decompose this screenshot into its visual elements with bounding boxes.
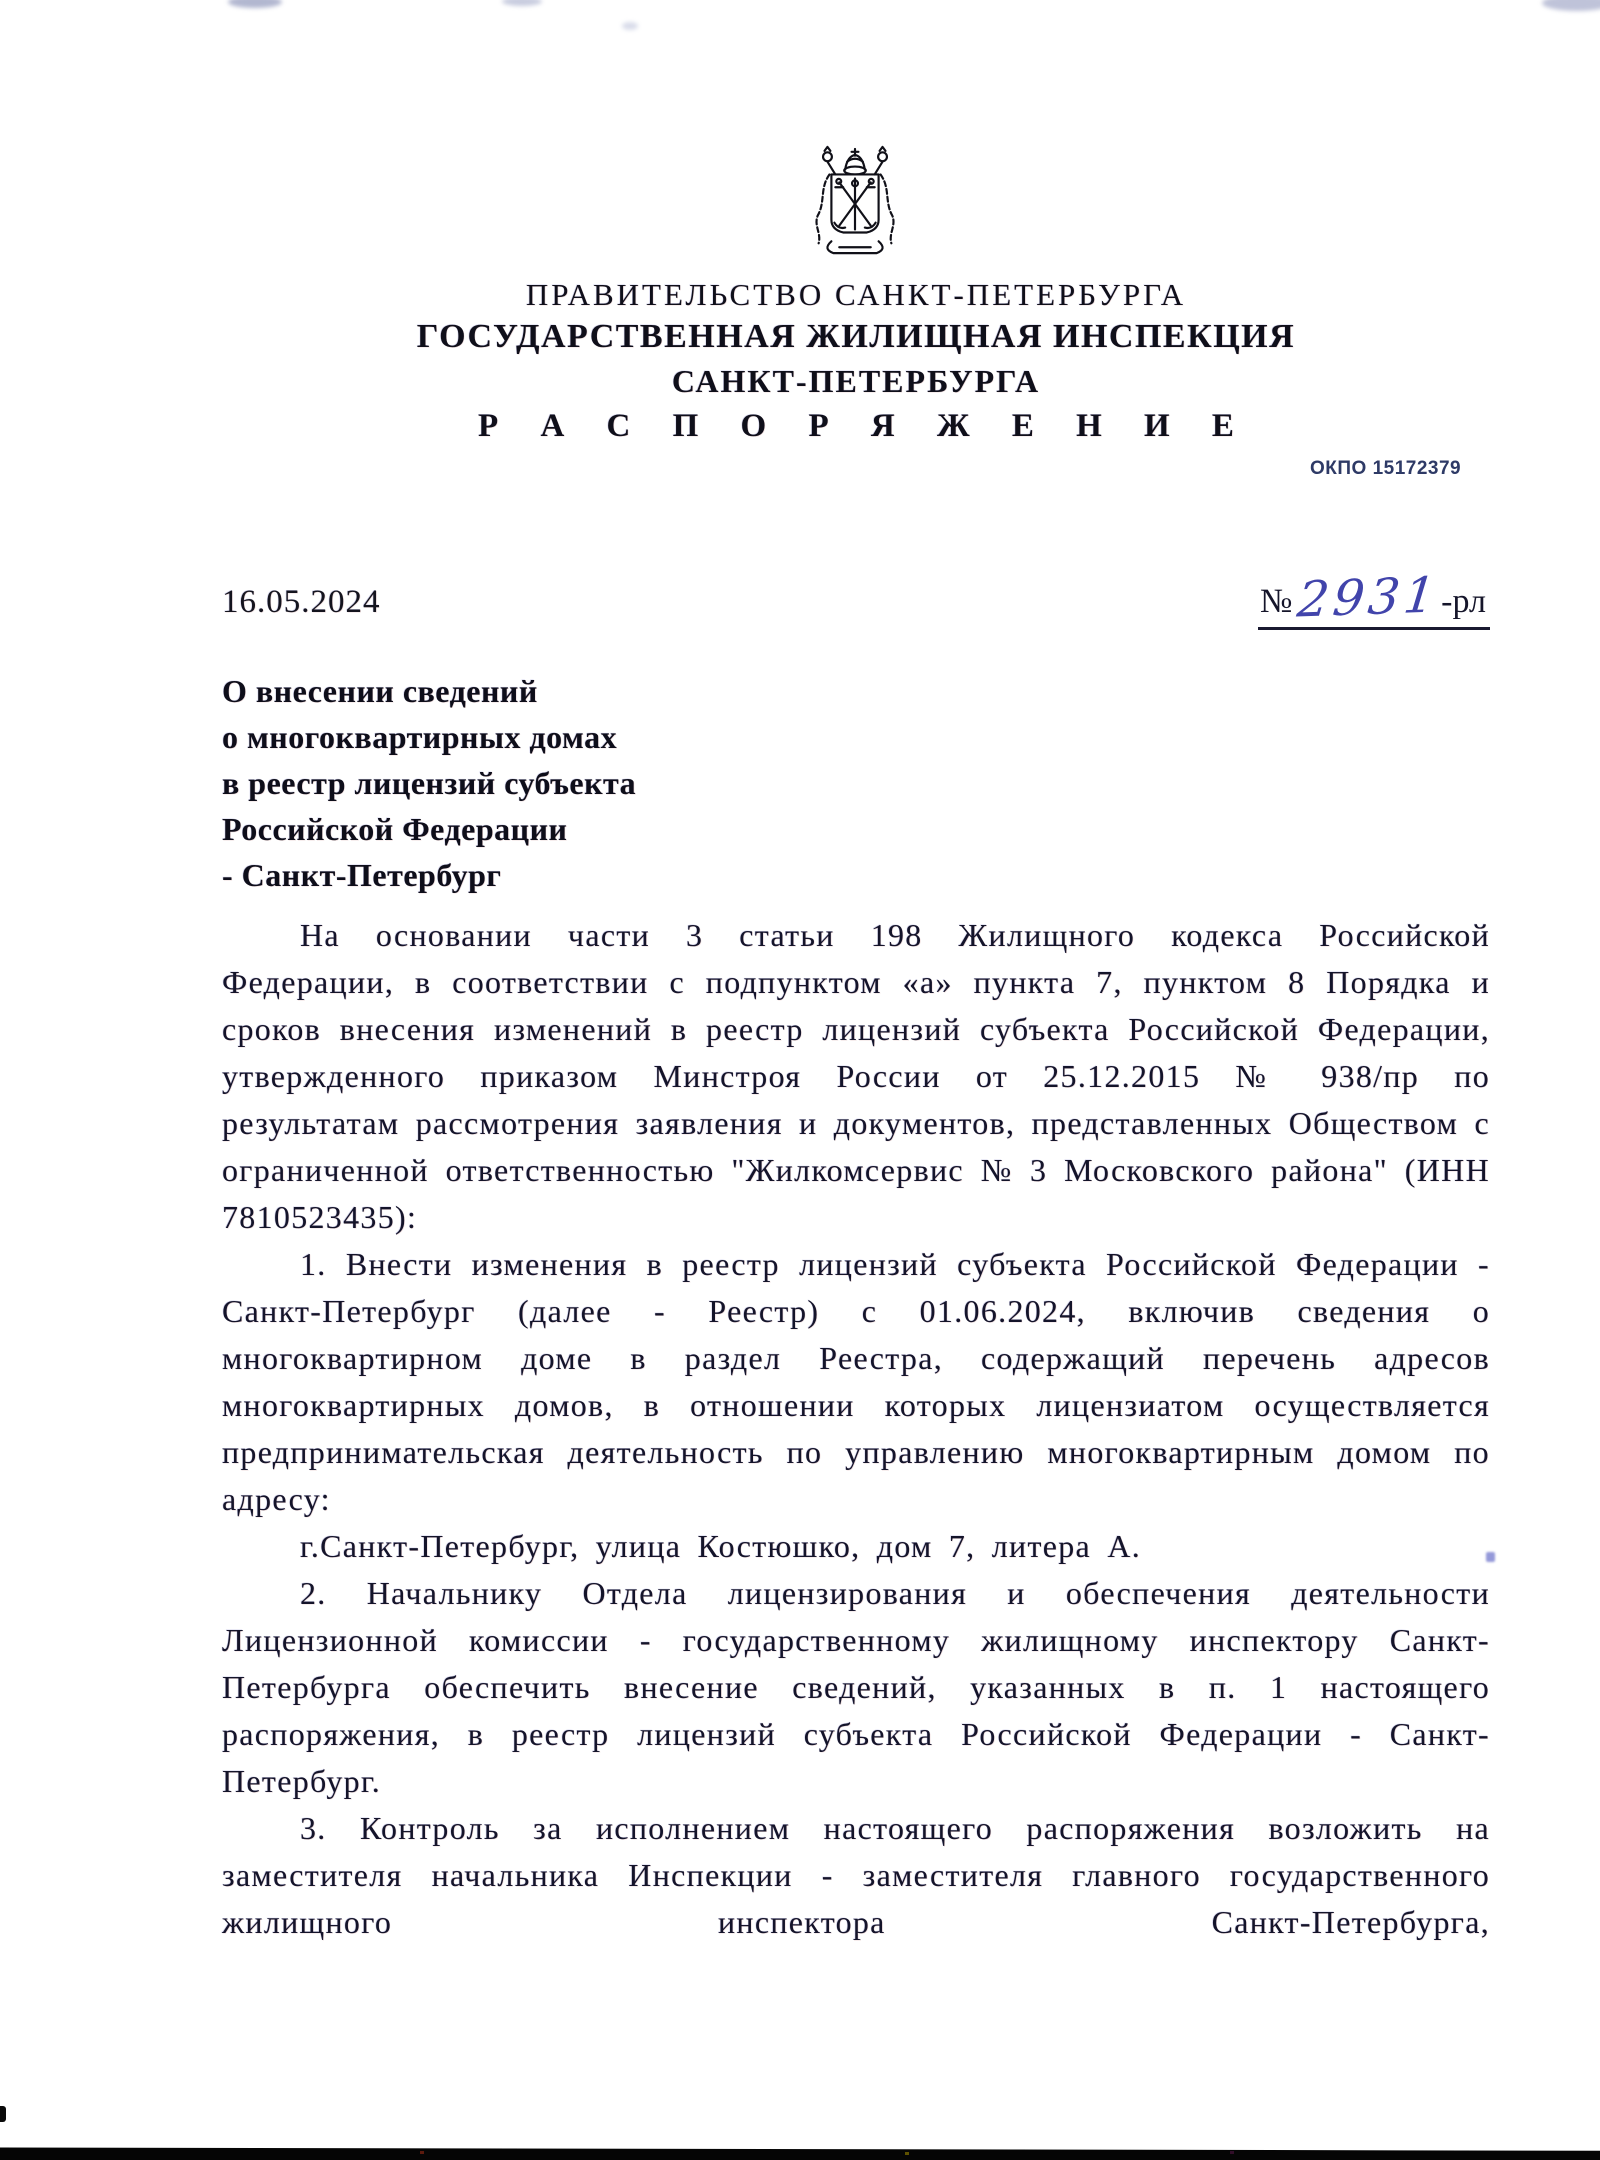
document-number: №2931-рл	[1258, 583, 1490, 630]
number-sign: №	[1260, 583, 1292, 620]
subject-line: О внесении сведений	[222, 668, 636, 714]
subject-line: о многоквартирных домах	[222, 714, 636, 760]
org-header: ПРАВИТЕЛЬСТВО САНКТ-ПЕТЕРБУРГА ГОСУДАРСТ…	[222, 276, 1490, 448]
body-paragraph-address: г.Санкт-Петербург, улица Костюшко, дом 7…	[222, 1523, 1490, 1570]
document-body: На основании части 3 статьи 198 Жилищног…	[222, 912, 1490, 1946]
scan-noise-speck	[905, 2152, 909, 2155]
handwritten-number: 2931	[1298, 596, 1439, 601]
government-title: ПРАВИТЕЛЬСТВО САНКТ-ПЕТЕРБУРГА	[222, 276, 1490, 314]
okpo-code: ОКПО 15172379	[1310, 458, 1461, 480]
scan-smudge	[502, 0, 542, 6]
scan-edge-mark	[0, 2106, 6, 2122]
inspection-city: САНКТ-ПЕТЕРБУРГА	[222, 359, 1490, 404]
subject-block: О внесении сведений о многоквартирных до…	[222, 668, 636, 898]
body-paragraph-point-3: 3. Контроль за исполнением настоящего ра…	[222, 1805, 1490, 1946]
scan-smudge	[1542, 0, 1600, 11]
date-number-row: 16.05.2024 №2931-рл	[222, 583, 1490, 630]
scan-noise-speck	[1230, 2151, 1234, 2154]
subject-line: - Санкт-Петербург	[222, 852, 636, 898]
subject-line: Российской Федерации	[222, 806, 636, 852]
body-paragraph-point-1: 1. Внести изменения в реестр лицензий су…	[222, 1241, 1490, 1523]
subject-line: в реестр лицензий субъекта	[222, 760, 636, 806]
inspection-title: ГОСУДАРСТВЕННАЯ ЖИЛИЩНАЯ ИНСПЕКЦИЯ	[222, 314, 1490, 359]
document-type-title: Р А С П О Р Я Ж Е Н И Е	[222, 404, 1490, 448]
document-date: 16.05.2024	[222, 584, 381, 621]
scan-bottom-edge	[0, 2144, 1600, 2160]
spb-coat-of-arms-icon	[796, 140, 914, 264]
number-suffix: -рл	[1441, 583, 1486, 620]
body-paragraph-point-2: 2. Начальнику Отдела лицензирования и об…	[222, 1570, 1490, 1805]
scan-noise-speck	[420, 2151, 424, 2154]
scan-smudge	[622, 22, 638, 30]
document-page: ПРАВИТЕЛЬСТВО САНКТ-ПЕТЕРБУРГА ГОСУДАРСТ…	[0, 0, 1600, 2160]
body-paragraph-preamble: На основании части 3 статьи 198 Жилищног…	[222, 912, 1490, 1241]
scan-smudge	[228, 0, 282, 8]
